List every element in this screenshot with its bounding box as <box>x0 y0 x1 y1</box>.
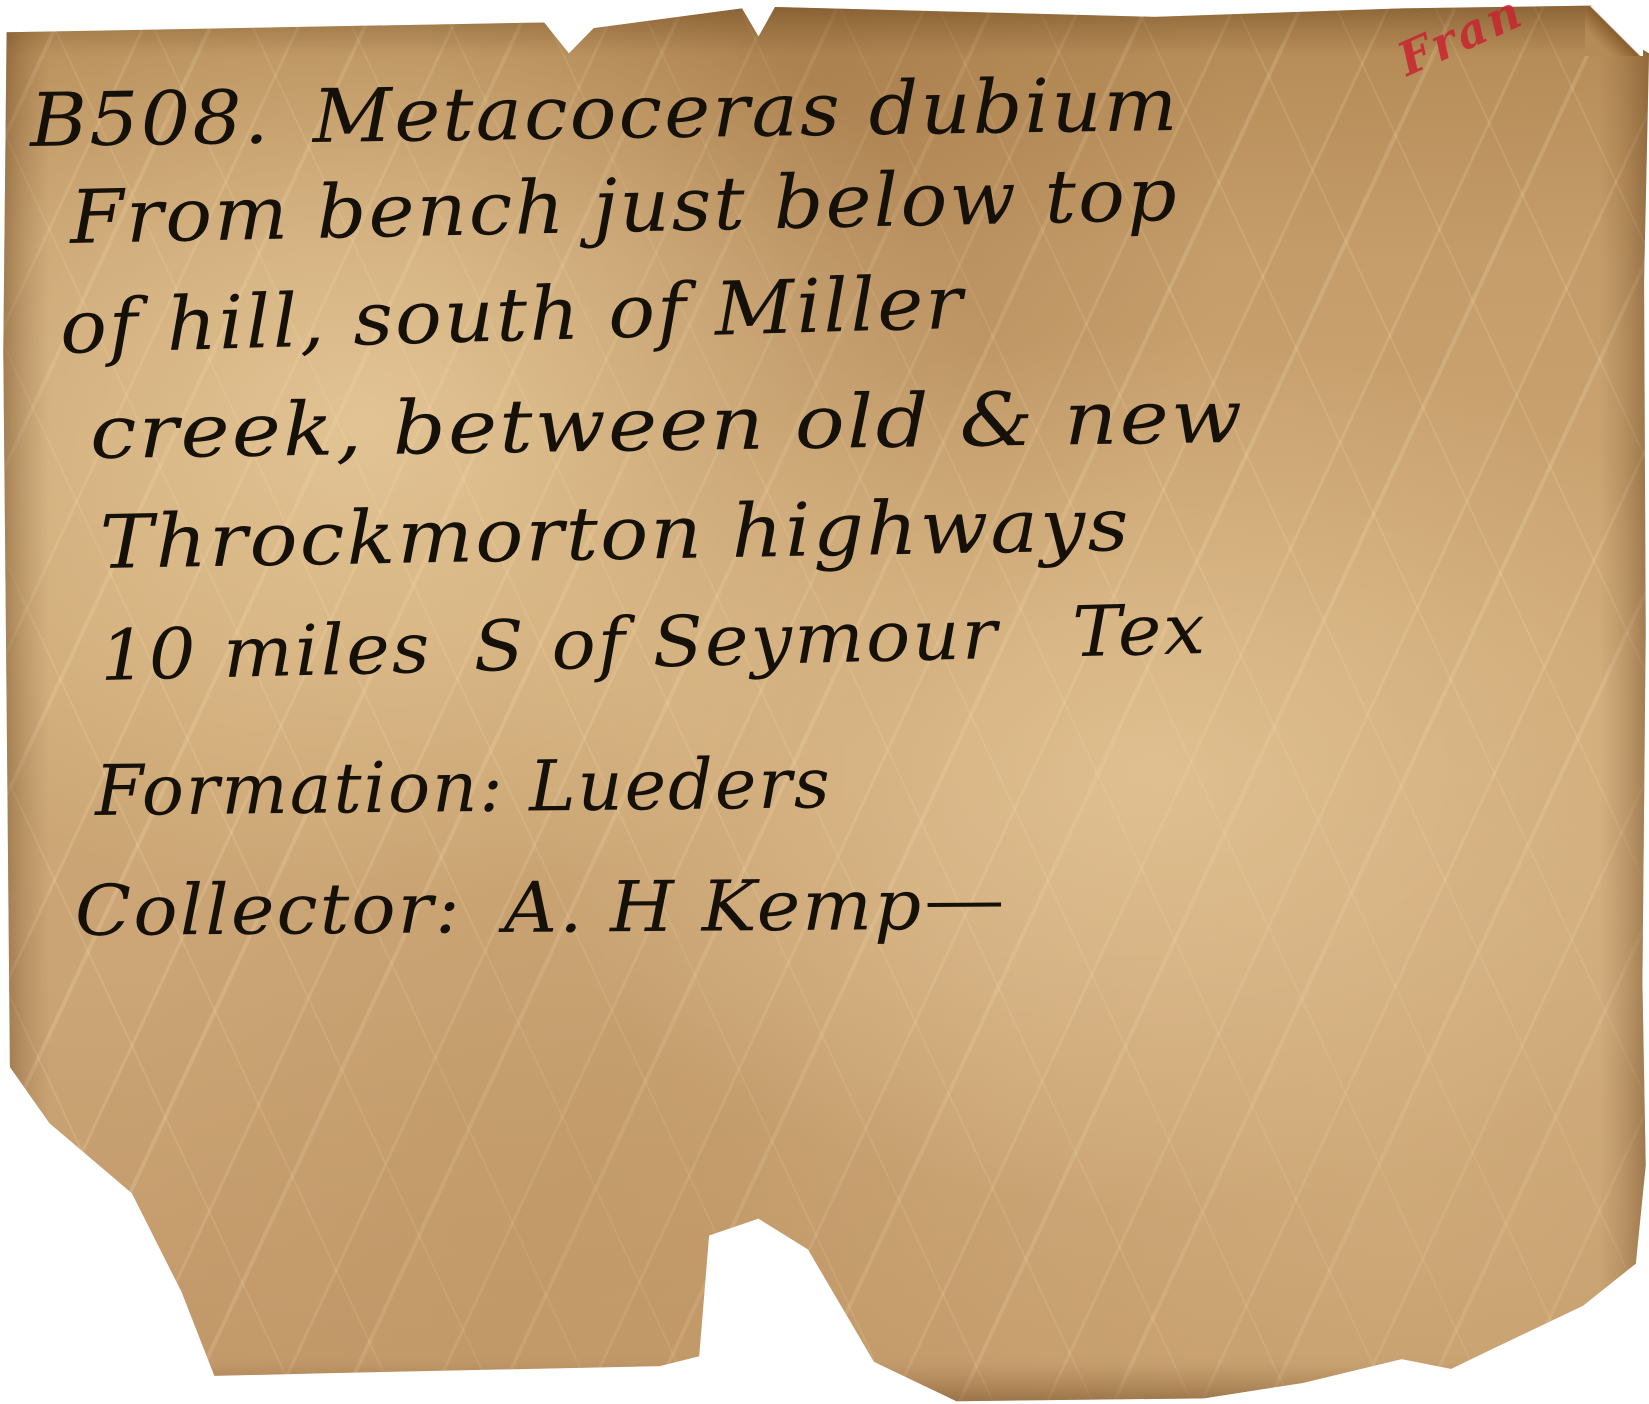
formation-label: Formation: <box>95 746 506 832</box>
folded-corner <box>1585 6 1643 56</box>
formation-line: Formation: Lueders <box>95 742 833 832</box>
locality-line-3: creek, between old & new <box>89 374 1244 476</box>
state-text: Tex <box>1071 588 1208 673</box>
distance-text: 10 miles <box>99 607 433 697</box>
label-line-specimen: B508.Metacoceras dubium <box>29 62 1180 164</box>
formation-value: Lueders <box>529 742 832 827</box>
collector-value: A. H Kemp <box>504 864 924 949</box>
collector-line: Collector:A. H Kemp <box>75 864 1001 952</box>
direction-text: S of Seymour <box>473 593 1000 688</box>
specimen-number: B508. <box>29 75 271 164</box>
taxon-name: Metacoceras dubium <box>312 62 1180 160</box>
specimen-label-sheet: Fran B508.Metacoceras dubium From bench … <box>0 0 1649 1404</box>
locality-line-4: Throckmorton highways <box>99 482 1131 586</box>
collector-label: Collector: <box>75 867 462 952</box>
signature-flourish <box>927 903 1001 908</box>
